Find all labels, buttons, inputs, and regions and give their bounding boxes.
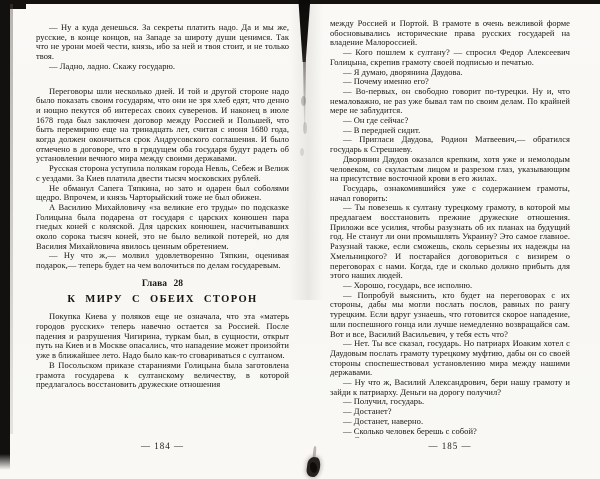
paragraph: А Василию Михайловичу «за великие его тр… xyxy=(36,203,289,252)
paragraph: — Ладно, ладно. Скажу государю. xyxy=(36,62,289,72)
paragraph: Государь, ознакомившийся уже с содержани… xyxy=(330,184,570,203)
scan-left-edge xyxy=(0,0,10,454)
paragraph: — Ты повезешь к султану турецкому грамот… xyxy=(330,203,570,281)
book-scan-spread: — Ну а куда денешься. За секреты платить… xyxy=(0,0,600,479)
gutter-smudge xyxy=(303,122,307,134)
paragraph: Русская сторона уступила полякам города … xyxy=(36,164,289,183)
paragraph: — Нет. Ты все сказал, государь. Но патри… xyxy=(330,339,570,378)
left-page-number: — 184 — xyxy=(36,441,289,451)
paragraph: — Во-первых, он свободно говорит по-туре… xyxy=(330,87,570,116)
gutter-smudge xyxy=(301,96,306,106)
paragraph: — Кого пошлем к султану? — спросил Федор… xyxy=(330,48,570,67)
paragraph-continuation: между Россией и Портой. В грамоте в очен… xyxy=(330,19,570,48)
left-page-text: — Ну а куда денешься. За секреты платить… xyxy=(36,23,289,437)
chapter-number-heading: Глава 28 xyxy=(36,280,289,290)
paragraph: — Попробуй выяснить, кто будет на перего… xyxy=(330,291,570,340)
paragraph: — Ну что ж, Василий Александрович, бери … xyxy=(330,378,570,397)
paragraph: Не обманул Сапега Тяпкина, но зато и ода… xyxy=(36,184,289,203)
chapter-title-heading: К МИРУ С ОБЕИХ СТОРОН xyxy=(36,295,289,305)
paragraph: В Посольском приказе стараниями Голицына… xyxy=(36,361,289,390)
scan-left-edge-fade xyxy=(0,454,10,470)
paragraph: — Ну а куда денешься. За секреты платить… xyxy=(36,23,289,62)
paragraph: — Пригласи Даудова, Родион Матвеевич,— о… xyxy=(330,135,570,154)
right-page-number: — 185 — xyxy=(330,441,570,451)
paragraph: Переговоры шли несколько дней. И той и д… xyxy=(36,87,289,165)
gutter-smudge xyxy=(300,148,304,156)
right-page-text: между Россией и Портой. В грамоте в очен… xyxy=(330,19,570,438)
paragraph: — Двух, государь. xyxy=(330,436,570,438)
section-gap xyxy=(36,72,289,87)
scan-left-edge-shadow xyxy=(10,4,13,434)
ink-blot xyxy=(304,446,326,479)
paragraph: Покупка Киева у поляков еще не означала,… xyxy=(36,312,289,361)
paragraph: Дворянин Даудов оказался крепким, хотя у… xyxy=(330,155,570,184)
paragraph: — Ну что ж,— молвил удовлетворенно Тяпки… xyxy=(36,251,289,270)
